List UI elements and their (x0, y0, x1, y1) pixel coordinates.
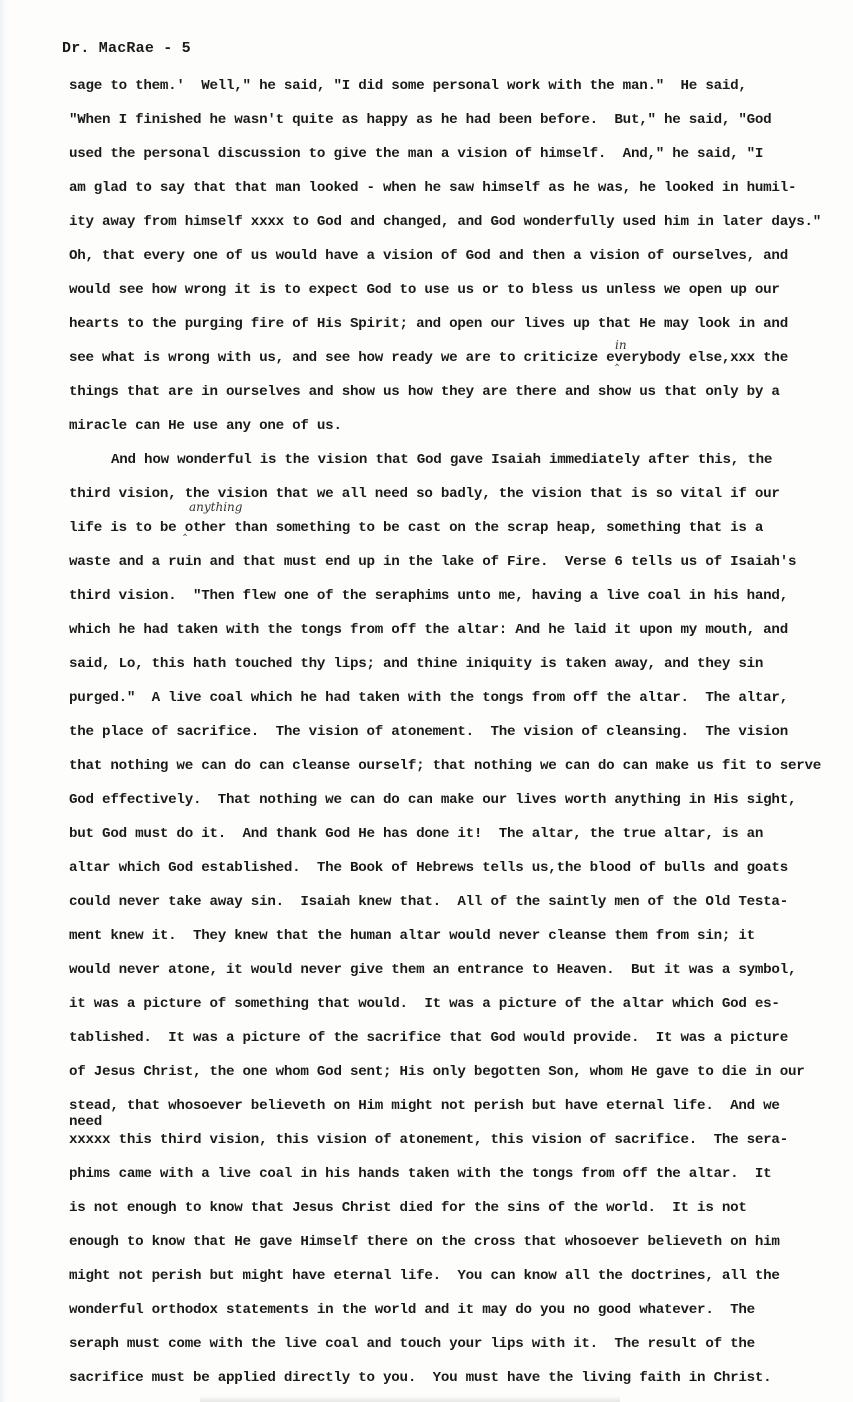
text-line: phims came with a live coal in his hands… (69, 1166, 771, 1182)
page-header: Dr. MacRae - 5 (62, 40, 191, 57)
insertion-caret-icon: ‸ (615, 352, 619, 366)
text-line: third vision, the vision that we all nee… (69, 486, 780, 502)
handwritten-annotation: in (615, 338, 627, 352)
text-line: altar which God established. The Book of… (69, 860, 788, 876)
text-line: the place of sacrifice. The vision of at… (69, 724, 788, 740)
text-line: things that are in ourselves and show us… (69, 384, 780, 400)
text-line: but God must do it. And thank God He has… (69, 826, 763, 842)
text-line: would never atone, it would never give t… (69, 962, 796, 978)
text-line: wonderful orthodox statements in the wor… (69, 1302, 755, 1318)
document-page: Dr. MacRae - 5 sage to them.' Well," he … (0, 0, 853, 1402)
text-line: said, Lo, this hath touched thy lips; an… (69, 656, 763, 672)
text-line: God effectively. That nothing we can do … (69, 792, 796, 808)
text-line: seraph must come with the live coal and … (69, 1336, 755, 1352)
text-line: hearts to the purging fire of His Spirit… (69, 316, 788, 332)
text-line: And how wonderful is the vision that God… (111, 452, 772, 468)
text-line: ment knew it. They knew that the human a… (69, 928, 755, 944)
text-line: third vision. "Then flew one of the sera… (69, 588, 788, 604)
text-line: miracle can He use any one of us. (69, 418, 342, 434)
text-line: would see how wrong it is to expect God … (69, 282, 780, 298)
insertion-caret-icon: ‸ (183, 522, 187, 536)
text-line: is not enough to know that Jesus Christ … (69, 1200, 747, 1216)
text-line: of Jesus Christ, the one whom God sent; … (69, 1064, 805, 1080)
text-line: sage to them.' Well," he said, "I did so… (69, 78, 747, 94)
text-line: sacrifice must be applied directly to yo… (69, 1370, 771, 1386)
text-line: Oh, that every one of us would have a vi… (69, 248, 788, 264)
text-line: need (69, 1114, 102, 1130)
text-line: enough to know that He gave Himself ther… (69, 1234, 780, 1250)
text-line: could never take away sin. Isaiah knew t… (69, 894, 788, 910)
text-line: waste and a ruin and that must end up in… (69, 554, 796, 570)
text-line: ity away from himself xxxx to God and ch… (69, 214, 821, 230)
scan-edge-shading (0, 0, 6, 1402)
text-line: used the personal discussion to give the… (69, 146, 763, 162)
text-line: see what is wrong with us, and see how r… (69, 350, 788, 366)
text-line: which he had taken with the tongs from o… (69, 622, 788, 638)
scan-bottom-shadow (200, 1396, 620, 1402)
text-line: that nothing we can do can cleanse ourse… (69, 758, 821, 774)
text-line: am glad to say that that man looked - wh… (69, 180, 796, 196)
text-line: might not perish but might have eternal … (69, 1268, 780, 1284)
text-line: stead, that whosoever believeth on Him m… (69, 1098, 780, 1114)
text-line: xxxxx this third vision, this vision of … (69, 1132, 788, 1148)
text-line: "When I finished he wasn't quite as happ… (69, 112, 771, 128)
text-line: tablished. It was a picture of the sacri… (69, 1030, 788, 1046)
text-line: life is to be other than something to be… (69, 520, 763, 536)
handwritten-annotation: anything (189, 500, 242, 514)
text-line: it was a picture of something that would… (69, 996, 780, 1012)
text-line: purged." A live coal which he had taken … (69, 690, 788, 706)
